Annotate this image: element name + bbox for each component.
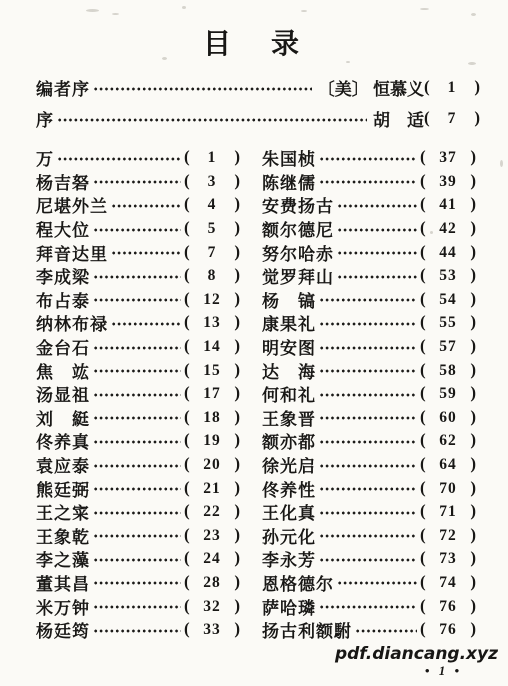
entry-name: 汤显祖 [36, 381, 90, 406]
entry-page: (76) [420, 620, 476, 639]
page-number: 7 [430, 110, 475, 128]
page-number: 20 [190, 456, 235, 474]
dot-leader [319, 556, 417, 564]
scan-speck [471, 13, 476, 16]
toc-entry: 杨吉砮(3) [36, 170, 240, 194]
page-number: 17 [190, 385, 235, 403]
page-number: 28 [190, 574, 235, 592]
page-number: 14 [190, 338, 235, 356]
toc-entry: 额亦都(62) [262, 429, 476, 453]
dot-leader [93, 579, 181, 587]
toc-entry: 李永芳(73) [262, 547, 476, 571]
scan-speck [468, 62, 476, 65]
toc-entry: 王象乾(23) [36, 524, 240, 548]
page-number: 76 [426, 598, 471, 616]
front-matter-entry: 序 胡 适 ( 7 ) [36, 103, 480, 134]
entry-name: 王象晋 [262, 405, 316, 430]
entry-page: (20) [184, 455, 240, 474]
scan-speck [112, 13, 119, 15]
entry-page: (28) [184, 573, 240, 592]
page-number: 18 [190, 409, 235, 427]
toc-entry: 佟养性(70) [262, 476, 476, 500]
page-number: 24 [190, 550, 235, 568]
page-number: 13 [190, 314, 235, 332]
paren-close: ) [470, 195, 476, 212]
page-number: 54 [426, 291, 471, 309]
scan-speck [500, 160, 503, 167]
dot-leader [93, 226, 181, 234]
page-number: 15 [190, 362, 235, 380]
entry-page: (71) [420, 502, 476, 521]
page-number: 1 [430, 79, 475, 97]
page-number: 44 [426, 244, 471, 262]
toc-entry: 李成梁(8) [36, 264, 240, 288]
entry-name: 王象乾 [36, 523, 90, 548]
folio-page-number: • 1 • [425, 663, 462, 679]
dot-leader [93, 391, 181, 399]
paren-close: ) [234, 549, 240, 566]
scan-speck [182, 6, 186, 9]
paren-close: ) [470, 266, 476, 283]
page-number: 72 [426, 527, 471, 545]
paren-close: ) [470, 573, 476, 590]
page-number: 57 [426, 338, 471, 356]
dot-leader [319, 320, 417, 328]
entry-page: (33) [184, 620, 240, 639]
paren-close: ) [470, 384, 476, 401]
entry-name: 王之寀 [36, 499, 90, 524]
dot-leader [93, 367, 181, 375]
entry-page: (73) [420, 549, 476, 568]
entry-name: 陈继儒 [262, 169, 316, 194]
entry-page: (72) [420, 526, 476, 545]
dot-leader [93, 509, 181, 517]
dot-leader [57, 155, 181, 163]
toc-column-left: 万(1)杨吉砮(3)尼堪外兰(4)程大位(5)拜音达里(7)李成梁(8)布占泰(… [36, 146, 240, 641]
paren-close: ) [234, 573, 240, 590]
entry-page: (18) [184, 408, 240, 427]
entry-name: 明安图 [262, 334, 316, 359]
toc-entry: 康果礼(55) [262, 311, 476, 335]
paren-close: ) [470, 148, 476, 165]
entry-name: 程大位 [36, 216, 90, 241]
entry-page: (39) [420, 172, 476, 191]
entry-page: (5) [184, 219, 240, 238]
entry-page: (53) [420, 266, 476, 285]
entry-label: 编者序 [36, 75, 90, 100]
entry-page: (15) [184, 361, 240, 380]
entry-name: 安费扬古 [262, 192, 334, 217]
entry-page: (3) [184, 172, 240, 191]
paren-close: ) [234, 479, 240, 496]
dot-leader [337, 249, 417, 257]
page-number: 37 [426, 149, 471, 167]
dot-leader [93, 485, 181, 493]
entry-page: (21) [184, 479, 240, 498]
dot-leader [337, 202, 417, 210]
dot-leader [93, 627, 181, 635]
entry-name: 佟养性 [262, 476, 316, 501]
page-number: 22 [190, 503, 235, 521]
entry-label: 序 [36, 106, 54, 131]
paren-close: ) [470, 526, 476, 543]
paren-close: ) [234, 455, 240, 472]
page-number: 71 [426, 503, 471, 521]
toc-entry: 觉罗拜山(53) [262, 264, 476, 288]
page-number: 60 [426, 409, 471, 427]
scan-speck [86, 9, 99, 12]
page-number: 55 [426, 314, 471, 332]
paren-close: ) [470, 479, 476, 496]
dot-leader [93, 178, 181, 186]
entry-name: 李之藻 [36, 546, 90, 571]
dot-leader [337, 273, 417, 281]
page-number: 7 [190, 244, 235, 262]
entry-page: (14) [184, 337, 240, 356]
entry-name: 董其昌 [36, 570, 90, 595]
paren-close: ) [234, 408, 240, 425]
page-title: 目 录 [0, 22, 508, 62]
paren-close: ) [470, 502, 476, 519]
page-number: 41 [426, 196, 471, 214]
paren-close: ) [234, 431, 240, 448]
entry-name: 徐光启 [262, 452, 316, 477]
toc-entry: 米万钟(32) [36, 594, 240, 618]
paren-close: ) [234, 195, 240, 212]
toc-entry: 王象晋(60) [262, 406, 476, 430]
entry-name: 朱国桢 [262, 145, 316, 170]
dot-leader [319, 367, 417, 375]
entry-name: 熊廷弼 [36, 476, 90, 501]
page-number: 70 [426, 480, 471, 498]
dot-leader [319, 391, 417, 399]
entry-name: 佟养真 [36, 428, 90, 453]
dot-leader [93, 344, 181, 352]
entry-page: (19) [184, 431, 240, 450]
paren-close: ) [470, 361, 476, 378]
dot-leader [111, 249, 181, 257]
entry-name: 纳林布禄 [36, 310, 108, 335]
page-number: 74 [426, 574, 471, 592]
entry-name: 萨哈璘 [262, 594, 316, 619]
page-number: 8 [190, 267, 235, 285]
toc-entry: 达 海(58) [262, 358, 476, 382]
entry-page: (59) [420, 384, 476, 403]
dot-leader [93, 296, 181, 304]
dot-leader [319, 414, 417, 422]
toc-entry: 孙元化(72) [262, 524, 476, 548]
toc-entry: 明安图(57) [262, 335, 476, 359]
toc-column-right: 朱国桢(37)陈继儒(39)安费扬古(41)额尔德尼(42)努尔哈赤(44)觉罗… [262, 146, 476, 641]
entry-name: 努尔哈赤 [262, 240, 334, 265]
dot-leader [319, 509, 417, 517]
toc-entry: 王之寀(22) [36, 500, 240, 524]
entry-page: (4) [184, 195, 240, 214]
toc-entry: 纳林布禄(13) [36, 311, 240, 335]
entry-page: (8) [184, 266, 240, 285]
entry-name: 刘 綎 [36, 405, 90, 430]
toc-entry: 董其昌(28) [36, 571, 240, 595]
paren-close: ) [234, 219, 240, 236]
entry-page: (42) [420, 219, 476, 238]
entry-name: 额亦都 [262, 428, 316, 453]
entry-name: 杨吉砮 [36, 169, 90, 194]
dot-leader [319, 485, 417, 493]
page-number: 76 [426, 621, 471, 639]
toc-entry: 尼堪外兰(4) [36, 193, 240, 217]
dot-leader [93, 273, 181, 281]
toc-entry: 佟养真(19) [36, 429, 240, 453]
paren-close: ) [470, 408, 476, 425]
toc-entry: 扬古利额駙(76) [262, 618, 476, 642]
paren-close: ) [234, 597, 240, 614]
entry-page: (22) [184, 502, 240, 521]
paren-close: ) [234, 172, 240, 189]
entry-name: 李成梁 [36, 263, 90, 288]
toc-entry: 焦 竑(15) [36, 358, 240, 382]
entry-author: 胡 适 [373, 106, 424, 131]
page-number: 42 [426, 220, 471, 238]
front-matter-section: 编者序 〔美〕 恒慕义 ( 1 ) 序 胡 适 ( 7 ) [36, 72, 480, 134]
entry-name: 万 [36, 145, 54, 170]
toc-entry: 陈继儒(39) [262, 170, 476, 194]
paren-close: ) [470, 597, 476, 614]
page-number: 21 [190, 480, 235, 498]
dot-leader [93, 462, 181, 470]
paren-close: ) [234, 526, 240, 543]
entry-page: (44) [420, 243, 476, 262]
page-number: 3 [190, 173, 235, 191]
page-number: 58 [426, 362, 471, 380]
entry-name: 李永芳 [262, 546, 316, 571]
paren-close: ) [234, 148, 240, 165]
toc-entry: 刘 綎(18) [36, 406, 240, 430]
paren-close: ) [234, 361, 240, 378]
entry-page: (1) [184, 148, 240, 167]
paren-close: ) [470, 620, 476, 637]
toc-entry: 杨廷筠(33) [36, 618, 240, 642]
entry-page: (55) [420, 313, 476, 332]
dot-leader [319, 296, 417, 304]
toc-entry: 杨 镐(54) [262, 288, 476, 312]
paren-close: ) [470, 290, 476, 307]
dot-leader [319, 462, 417, 470]
dot-leader [93, 603, 181, 611]
toc-entry: 程大位(5) [36, 217, 240, 241]
scan-speck [420, 8, 429, 10]
page-number: 33 [190, 621, 235, 639]
toc-entry: 徐光启(64) [262, 453, 476, 477]
paren-close: ) [470, 313, 476, 330]
dot-leader [111, 320, 181, 328]
page-number: 53 [426, 267, 471, 285]
entry-page: (74) [420, 573, 476, 592]
entry-name: 金台石 [36, 334, 90, 359]
entry-page: (41) [420, 195, 476, 214]
toc-entry: 金台石(14) [36, 335, 240, 359]
entry-page: (32) [184, 597, 240, 616]
toc-entry: 额尔德尼(42) [262, 217, 476, 241]
entry-name: 尼堪外兰 [36, 192, 108, 217]
toc-entry: 拜音达里(7) [36, 240, 240, 264]
toc-entry: 熊廷弼(21) [36, 476, 240, 500]
entry-name: 王化真 [262, 499, 316, 524]
toc-entry: 安费扬古(41) [262, 193, 476, 217]
dot-leader [319, 178, 417, 186]
entry-name: 何和礼 [262, 381, 316, 406]
dot-leader [319, 155, 417, 163]
dot-leader [93, 532, 181, 540]
paren-close: ) [470, 431, 476, 448]
toc-entry: 李之藻(24) [36, 547, 240, 571]
toc-entry: 袁应泰(20) [36, 453, 240, 477]
entry-name: 杨 镐 [262, 287, 316, 312]
page-number: 59 [426, 385, 471, 403]
dot-leader [355, 627, 417, 635]
paren-close: ) [474, 109, 480, 126]
entry-page: (58) [420, 361, 476, 380]
paren-close: ) [234, 243, 240, 260]
paren-close: ) [234, 502, 240, 519]
toc-entry: 朱国桢(37) [262, 146, 476, 170]
entry-page: (76) [420, 597, 476, 616]
entry-name: 布占泰 [36, 287, 90, 312]
front-matter-entry: 编者序 〔美〕 恒慕义 ( 1 ) [36, 72, 480, 103]
scanned-toc-page: 目 录 编者序 〔美〕 恒慕义 ( 1 ) 序 胡 适 ( 7 ) 万(1)杨吉… [0, 0, 508, 686]
entry-name: 康果礼 [262, 310, 316, 335]
entry-author: 〔美〕 恒慕义 [318, 75, 424, 100]
entry-name: 袁应泰 [36, 452, 90, 477]
paren-close: ) [470, 219, 476, 236]
entry-page: (62) [420, 431, 476, 450]
dot-leader [93, 85, 312, 93]
toc-section: 万(1)杨吉砮(3)尼堪外兰(4)程大位(5)拜音达里(7)李成梁(8)布占泰(… [36, 146, 476, 641]
paren-close: ) [234, 266, 240, 283]
dot-leader [57, 116, 367, 124]
page-number: 39 [426, 173, 471, 191]
page-number: 19 [190, 432, 235, 450]
entry-page: (70) [420, 479, 476, 498]
toc-entry: 汤显祖(17) [36, 382, 240, 406]
entry-name: 觉罗拜山 [262, 263, 334, 288]
entry-page: (37) [420, 148, 476, 167]
dot-leader [337, 226, 417, 234]
entry-page: ( 1 ) [424, 78, 480, 97]
watermark-text: pdf.diancang.xyz [335, 644, 498, 664]
dot-leader [93, 438, 181, 446]
entry-page: (7) [184, 243, 240, 262]
paren-close: ) [474, 78, 480, 95]
entry-page: (17) [184, 384, 240, 403]
paren-close: ) [470, 172, 476, 189]
entry-name: 扬古利额駙 [262, 617, 352, 642]
paren-close: ) [234, 337, 240, 354]
dot-leader [93, 556, 181, 564]
dot-leader [319, 532, 417, 540]
page-number: 64 [426, 456, 471, 474]
toc-entry: 王化真(71) [262, 500, 476, 524]
toc-entry: 布占泰(12) [36, 288, 240, 312]
page-number: 32 [190, 598, 235, 616]
entry-name: 焦 竑 [36, 358, 90, 383]
toc-entry: 万(1) [36, 146, 240, 170]
dot-leader [111, 202, 181, 210]
entry-page: (64) [420, 455, 476, 474]
entry-name: 杨廷筠 [36, 617, 90, 642]
scan-speck [301, 10, 307, 12]
page-number: 62 [426, 432, 471, 450]
paren-close: ) [470, 243, 476, 260]
paren-close: ) [234, 290, 240, 307]
paren-close: ) [234, 384, 240, 401]
page-number: 73 [426, 550, 471, 568]
toc-entry: 努尔哈赤(44) [262, 240, 476, 264]
entry-name: 孙元化 [262, 523, 316, 548]
page-number: 4 [190, 196, 235, 214]
page-number: 1 [190, 149, 235, 167]
dot-leader [319, 344, 417, 352]
entry-name: 达 海 [262, 358, 316, 383]
entry-name: 米万钟 [36, 594, 90, 619]
entry-page: (12) [184, 290, 240, 309]
entry-page: (54) [420, 290, 476, 309]
paren-close: ) [470, 455, 476, 472]
page-number: 12 [190, 291, 235, 309]
page-number: 5 [190, 220, 235, 238]
dot-leader [337, 579, 417, 587]
entry-name: 恩格德尔 [262, 570, 334, 595]
entry-page: (24) [184, 549, 240, 568]
page-number: 23 [190, 527, 235, 545]
entry-page: (13) [184, 313, 240, 332]
dot-leader [319, 603, 417, 611]
toc-entry: 恩格德尔(74) [262, 571, 476, 595]
entry-page: (60) [420, 408, 476, 427]
entry-name: 额尔德尼 [262, 216, 334, 241]
entry-page: ( 7 ) [424, 109, 480, 128]
entry-name: 拜音达里 [36, 240, 108, 265]
paren-close: ) [234, 313, 240, 330]
entry-page: (57) [420, 337, 476, 356]
paren-close: ) [470, 337, 476, 354]
toc-entry: 何和礼(59) [262, 382, 476, 406]
toc-entry: 萨哈璘(76) [262, 594, 476, 618]
dot-leader [93, 414, 181, 422]
paren-close: ) [470, 549, 476, 566]
entry-page: (23) [184, 526, 240, 545]
dot-leader [319, 438, 417, 446]
paren-close: ) [234, 620, 240, 637]
